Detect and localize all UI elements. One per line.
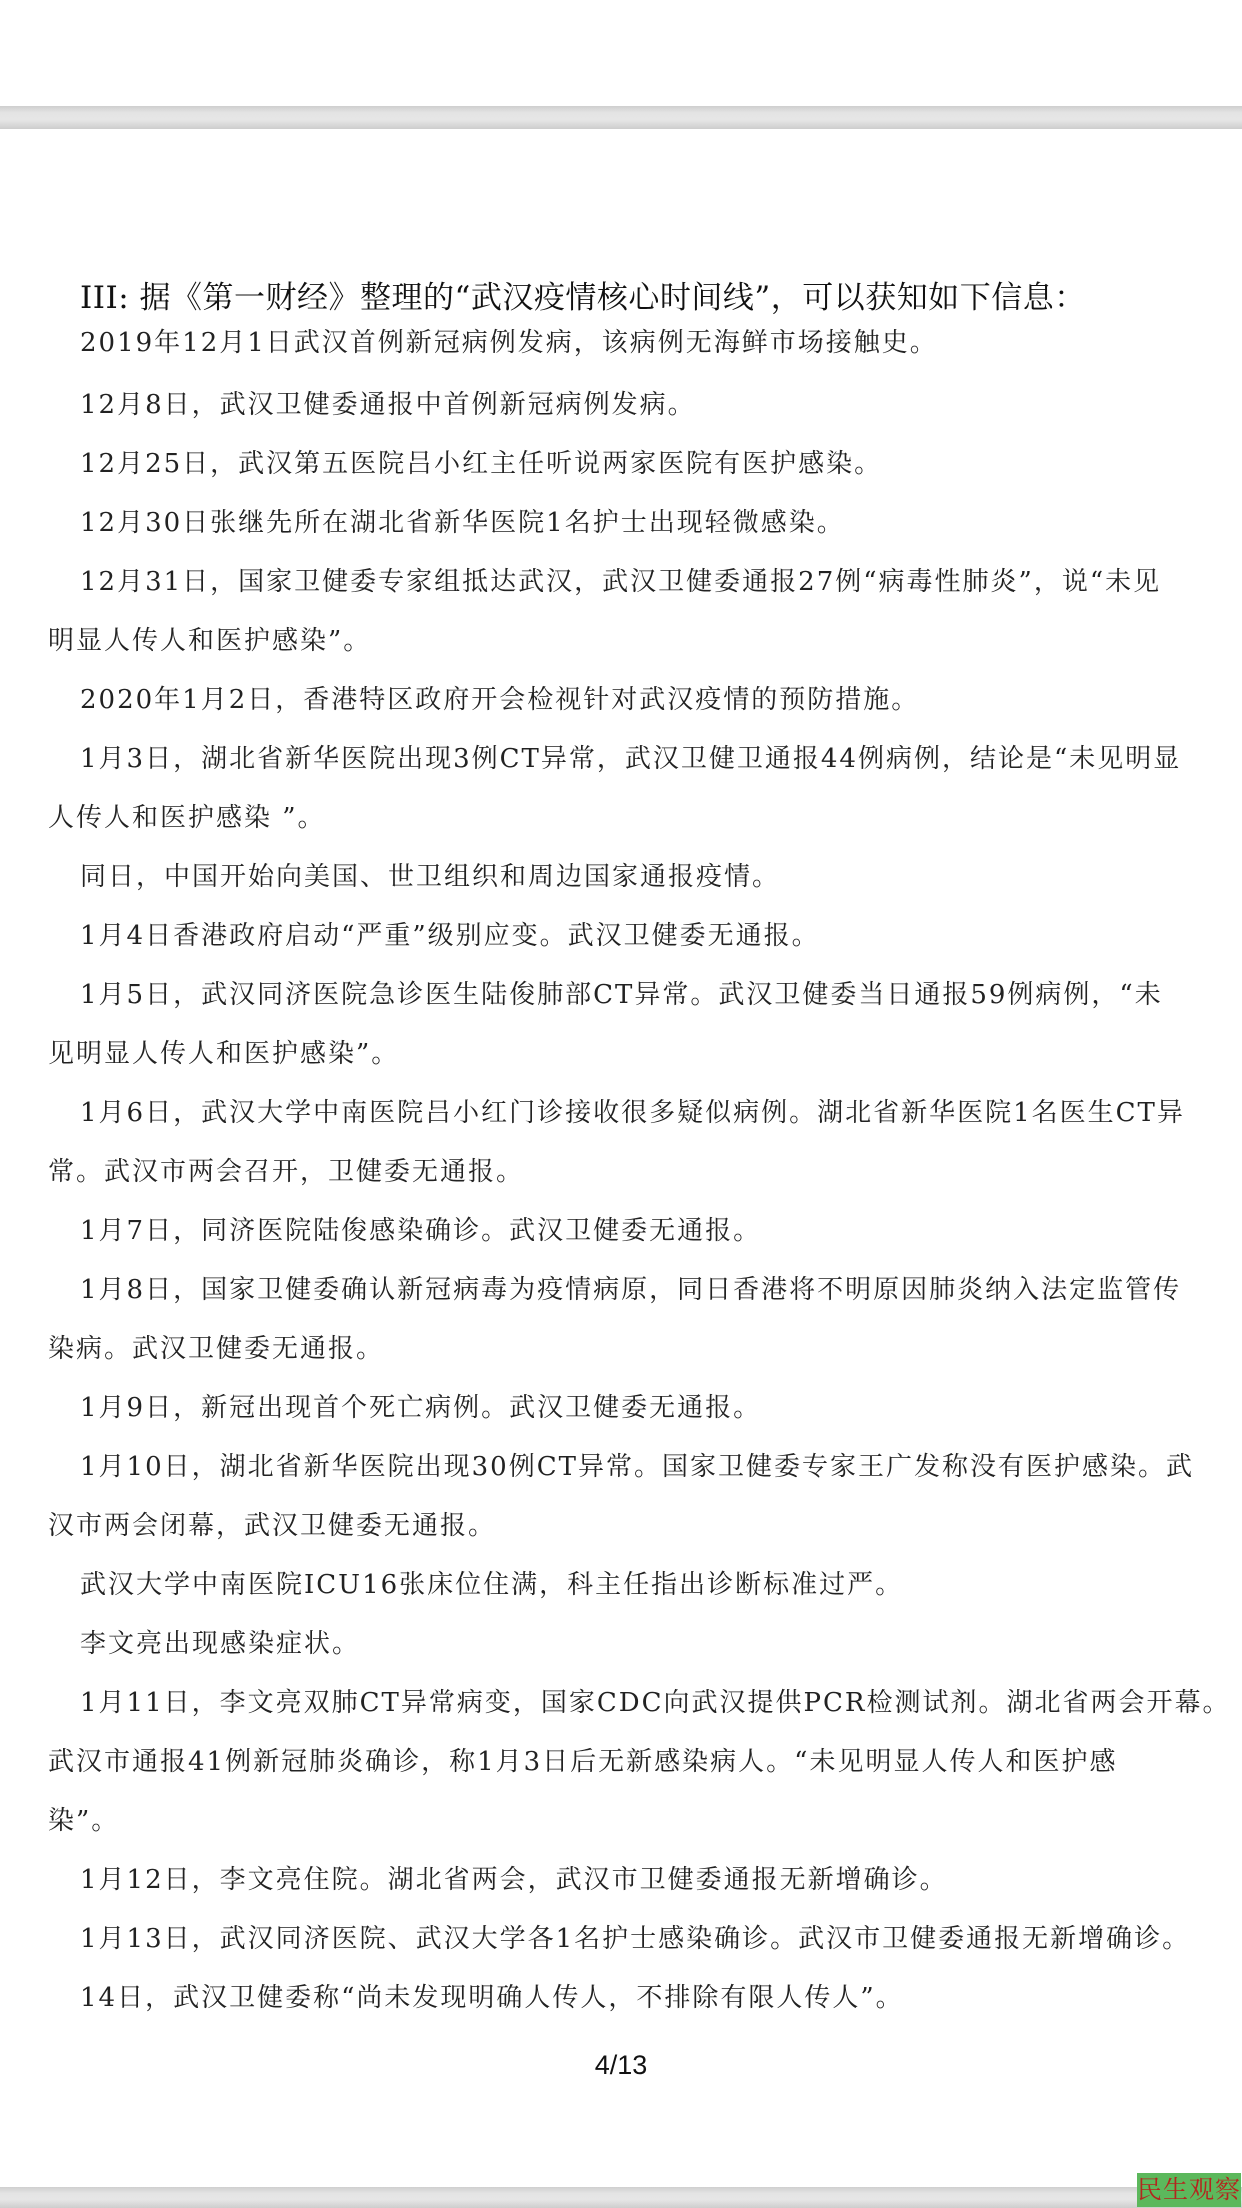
timeline-line: 14日，武汉卫健委称“尚未发现明确人传人，不排除有限人传人”。	[80, 1977, 904, 2014]
timeline-line: 1月12日，李文亮住院。湖北省两会，武汉市卫健委通报无新增确诊。	[80, 1859, 948, 1896]
page-divider-top	[0, 106, 1242, 129]
page-divider-bottom	[0, 2187, 1242, 2208]
timeline-line: 武汉市通报41例新冠肺炎确诊，称1月3日后无新感染病人。“未见明显人传人和医护感	[48, 1741, 1117, 1778]
timeline-line: 1月10日，湖北省新华医院出现30例CT异常。国家卫健委专家王广发称没有医护感染…	[80, 1446, 1194, 1483]
timeline-line: 2019年12月1日武汉首例新冠病例发病，该病例无海鲜市场接触史。	[80, 322, 938, 359]
timeline-line: 12月31日，国家卫健委专家组抵达武汉，武汉卫健委通报27例“病毒性肺炎”，说“…	[80, 561, 1161, 598]
timeline-line: 1月7日，同济医院陆俊感染确诊。武汉卫健委无通报。	[80, 1210, 761, 1247]
timeline-line: 1月3日，湖北省新华医院出现3例CT异常，武汉卫健卫通报44例病例，结论是“未见…	[80, 738, 1181, 775]
timeline-line: 人传人和医护感染 ”。	[48, 797, 326, 834]
timeline-line: 12月30日张继先所在湖北省新华医院1名护士出现轻微感染。	[80, 502, 845, 539]
timeline-line: 2020年1月2日，香港特区政府开会检视针对武汉疫情的预防措施。	[80, 679, 919, 716]
page-number: 4/13	[0, 2050, 1242, 2081]
timeline-line: 1月8日，国家卫健委确认新冠病毒为疫情病原，同日香港将不明原因肺炎纳入法定监管传	[80, 1269, 1181, 1306]
timeline-line: 常。武汉市两会召开，卫健委无通报。	[48, 1151, 524, 1188]
timeline-line: 1月9日，新冠出现首个死亡病例。武汉卫健委无通报。	[80, 1387, 761, 1424]
section-heading: III: 据《第一财经》整理的“武汉疫情核心时间线”，可以获知如下信息：	[80, 272, 1086, 317]
timeline-line: 染”。	[48, 1800, 119, 1837]
timeline-line: 1月4日香港政府启动“严重”级别应变。武汉卫健委无通报。	[80, 915, 820, 952]
timeline-line: 1月5日，武汉同济医院急诊医生陆俊肺部CT异常。武汉卫健委当日通报59例病例，“…	[80, 974, 1163, 1011]
timeline-line: 武汉大学中南医院ICU16张床位住满，科主任指出诊断标准过严。	[80, 1564, 903, 1601]
timeline-line: 1月6日，武汉大学中南医院吕小红门诊接收很多疑似病例。湖北省新华医院1名医生CT…	[80, 1092, 1185, 1129]
timeline-line: 明显人传人和医护感染”。	[48, 620, 371, 657]
timeline-line: 1月13日，武汉同济医院、武汉大学各1名护士感染确诊。武汉市卫健委通报无新增确诊…	[80, 1918, 1190, 1955]
timeline-line: 汉市两会闭幕，武汉卫健委无通报。	[48, 1505, 496, 1542]
timeline-line: 同日，中国开始向美国、世卫组织和周边国家通报疫情。	[80, 856, 780, 893]
timeline-line: 1月11日，李文亮双肺CT异常病变，国家CDC向武汉提供PCR检测试剂。湖北省两…	[80, 1682, 1230, 1719]
watermark-badge: 民生观察	[1137, 2173, 1241, 2207]
timeline-line: 12月25日，武汉第五医院吕小红主任听说两家医院有医护感染。	[80, 443, 882, 480]
timeline-line: 染病。武汉卫健委无通报。	[48, 1328, 384, 1365]
timeline-line: 12月8日，武汉卫健委通报中首例新冠病例发病。	[80, 384, 696, 421]
timeline-line: 李文亮出现感染症状。	[80, 1623, 360, 1660]
timeline-line: 见明显人传人和医护感染”。	[48, 1033, 399, 1070]
